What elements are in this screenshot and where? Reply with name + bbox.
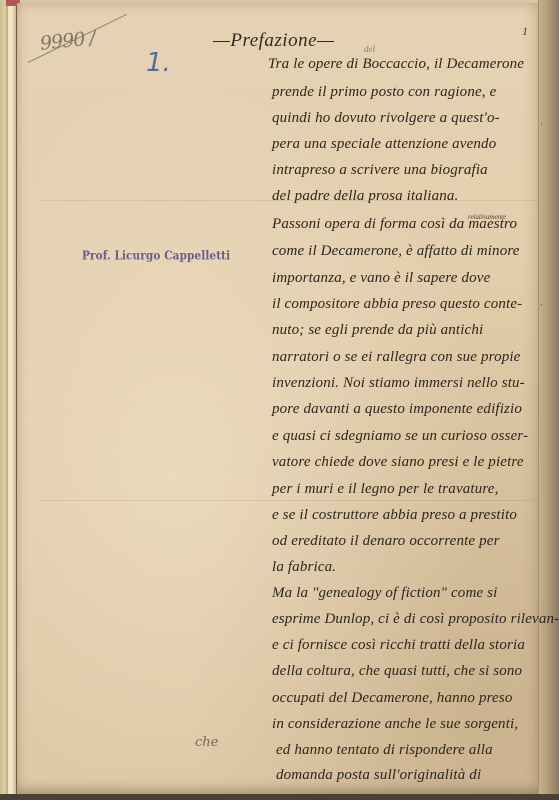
margin-mark: · bbox=[540, 120, 543, 131]
title-insertion: del bbox=[364, 44, 375, 54]
manuscript-line: occupati del Decamerone, hanno preso bbox=[272, 690, 512, 707]
pencil-bottom-note: che bbox=[195, 735, 218, 750]
manuscript-line: importanza, e vano è il sapere dove bbox=[272, 270, 490, 287]
manuscript-line: Passoni opera di forma così da maestro bbox=[272, 216, 517, 233]
manuscript-line: Tra le opere di Boccaccio, il Decamerone bbox=[268, 56, 524, 73]
manuscript-line: del padre della prosa italiana. bbox=[272, 188, 458, 205]
manuscript-line: pore davanti a questo imponente edifizio bbox=[272, 401, 522, 418]
binding-cloth bbox=[0, 0, 8, 800]
manuscript-line: il compositore abbia preso questo conte- bbox=[272, 296, 522, 313]
manuscript-line: domanda posta sull'originalità di bbox=[276, 767, 481, 784]
manuscript-line: della coltura, che quasi tutti, che si s… bbox=[272, 663, 522, 680]
manuscript-line: pera una speciale attenzione avendo bbox=[272, 136, 496, 153]
manuscript-line: vatore chiede dove siano presi e le piet… bbox=[272, 454, 524, 471]
manuscript-line: Ma la "genealogy of fiction" come si bbox=[272, 585, 497, 602]
manuscript-line: narratori o se ei rallegra con sue propi… bbox=[272, 349, 521, 366]
manuscript-line: e quasi ci sdegniamo se un curioso osser… bbox=[272, 428, 528, 445]
manuscript-line: e ci fornisce così ricchi tratti della s… bbox=[272, 637, 525, 654]
manuscript-line: la fabrica. bbox=[272, 559, 336, 576]
blue-folio-number: 1. bbox=[146, 48, 171, 78]
owner-stamp: Prof. Licurgo Cappelletti bbox=[82, 249, 230, 263]
manuscript-line: ed hanno tentato di rispondere alla bbox=[276, 742, 493, 759]
fold-crease bbox=[40, 500, 540, 501]
manuscript-line: in considerazione anche le sue sorgenti, bbox=[272, 716, 518, 733]
page-number: 1 bbox=[522, 24, 528, 39]
manuscript-line: prende il primo posto con ragione, e bbox=[272, 84, 496, 101]
manuscript-line: intrapreso a scrivere una biografia bbox=[272, 162, 488, 179]
margin-mark: · bbox=[540, 300, 543, 311]
manuscript-line: od ereditato il denaro occorrente per bbox=[272, 533, 500, 550]
manuscript-line: come il Decamerone, è affatto di minore bbox=[272, 243, 520, 260]
binding-spine bbox=[8, 0, 17, 800]
manuscript-line: invenzioni. Noi stiamo immersi nello stu… bbox=[272, 375, 525, 392]
bottom-shadow-edge bbox=[0, 794, 559, 800]
manuscript-line: esprime Dunlop, ci è di così proposito r… bbox=[272, 611, 559, 628]
manuscript-line: per i muri e il legno per le travature, bbox=[272, 481, 499, 498]
manuscript-title: —Prefazione— bbox=[213, 30, 334, 52]
manuscript-line: quindi ho dovuto rivolgere a quest'o- bbox=[272, 110, 500, 127]
manuscript-scan: 9990 / 1. Prof. Licurgo Cappelletti che … bbox=[0, 0, 559, 800]
manuscript-line: e se il costruttore abbia preso a presti… bbox=[272, 507, 517, 524]
manuscript-line: nuto; se egli prende da più antichi bbox=[272, 322, 483, 339]
